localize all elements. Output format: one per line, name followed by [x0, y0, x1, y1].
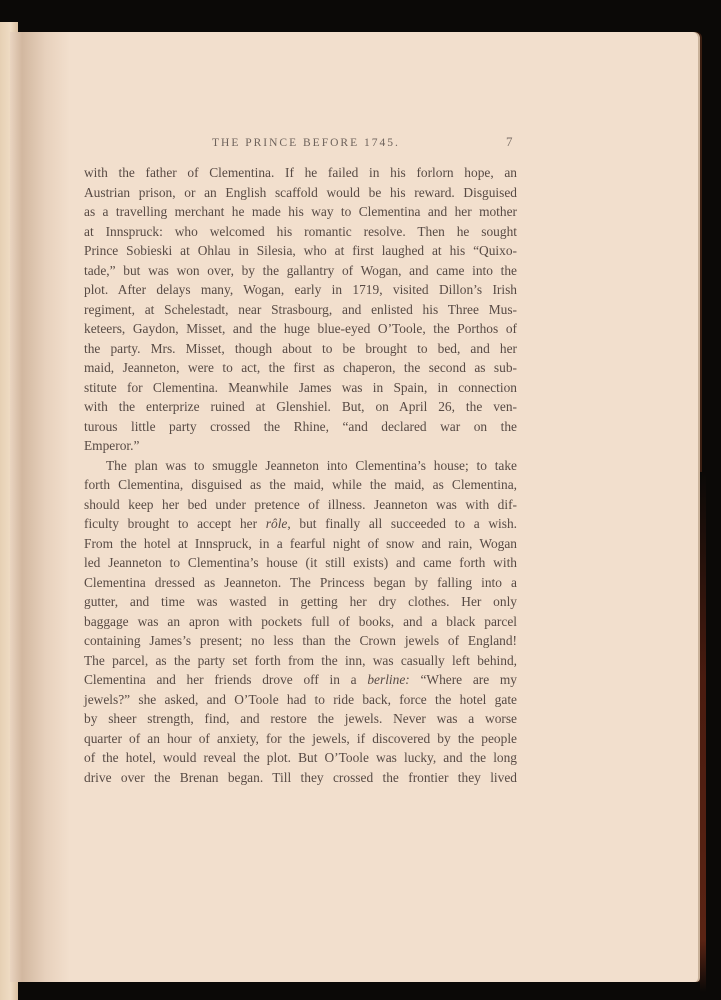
text-line: tade,” but was won over, by the gallantr…: [84, 261, 517, 281]
text-line: jewels?” she asked, and O’Toole had to r…: [84, 690, 517, 710]
body-text: with the father of Clementina. If he fai…: [84, 163, 517, 787]
text-line: forth Clementina, disguised as the maid,…: [84, 475, 517, 495]
text-line: quarter of an hour of anxiety, for the j…: [84, 729, 517, 749]
italic-word: berline:: [367, 672, 409, 687]
text-line: the party. Mrs. Misset, though about to …: [84, 339, 517, 359]
text-line: Clementina and her friends drove off in …: [84, 670, 517, 690]
paragraph-2: The plan was to smuggle Jeanneton into C…: [84, 456, 517, 788]
text-line: regiment, at Schelestadt, near Strasbour…: [84, 300, 517, 320]
text-line: of the hotel, would reveal the plot. But…: [84, 748, 517, 768]
text-line: should keep her bed under pretence of il…: [84, 495, 517, 515]
text-line: at Innspruck: who welcomed his romantic …: [84, 222, 517, 242]
text-line: The plan was to smuggle Jeanneton into C…: [84, 456, 517, 476]
running-head: THE PRINCE BEFORE 1745.: [212, 137, 400, 149]
text-line: Emperor.”: [84, 436, 517, 456]
text-line: containing James’s present; no less than…: [84, 631, 517, 651]
text-line: From the hotel at Innspruck, in a fearfu…: [84, 534, 517, 554]
text-line: Prince Sobieski at Ohlau in Silesia, who…: [84, 241, 517, 261]
text-line: gutter, and time was wasted in getting h…: [84, 592, 517, 612]
text-line: Austrian prison, or an English scaffold …: [84, 183, 517, 203]
text-line: plot. After delays many, Wogan, early in…: [84, 280, 517, 300]
cover-edge: [700, 472, 706, 992]
text-line: maid, Jeanneton, were to act, the first …: [84, 358, 517, 378]
text-line: baggage was an apron with pockets full o…: [84, 612, 517, 632]
text-line: with the enterprize ruined at Glenshiel.…: [84, 397, 517, 417]
italic-word: rôle: [266, 516, 288, 531]
text-line: drive over the Brenan began. Till they c…: [84, 768, 517, 788]
text-line: led Jeanneton to Clementina’s house (it …: [84, 553, 517, 573]
text-line: turous little party crossed the Rhine, “…: [84, 417, 517, 437]
text-segment: “Where are my: [420, 672, 517, 687]
text-segment: , but finally all succeeded to a wish.: [287, 516, 517, 531]
book-page: THE PRINCE BEFORE 1745. 7 with the fathe…: [10, 32, 698, 982]
text-line: with the father of Clementina. If he fai…: [84, 163, 517, 183]
text-line: Clementina dressed as Jeanneton. The Pri…: [84, 573, 517, 593]
text-line: stitute for Clementina. Meanwhile James …: [84, 378, 517, 398]
gutter-shadow: [10, 32, 70, 982]
page-number: 7: [506, 134, 513, 150]
text-line: The parcel, as the party set forth from …: [84, 651, 517, 671]
text-line: as a travelling merchant he made his way…: [84, 202, 517, 222]
text-segment: ficulty brought to accept her: [84, 516, 257, 531]
text-line: keteers, Gaydon, Misset, and the huge bl…: [84, 319, 517, 339]
text-segment: Clementina and her friends drove off in …: [84, 672, 357, 687]
text-line: by sheer strength, find, and restore the…: [84, 709, 517, 729]
text-line: ficulty brought to accept her rôle, but …: [84, 514, 517, 534]
paragraph-1: with the father of Clementina. If he fai…: [84, 163, 517, 456]
